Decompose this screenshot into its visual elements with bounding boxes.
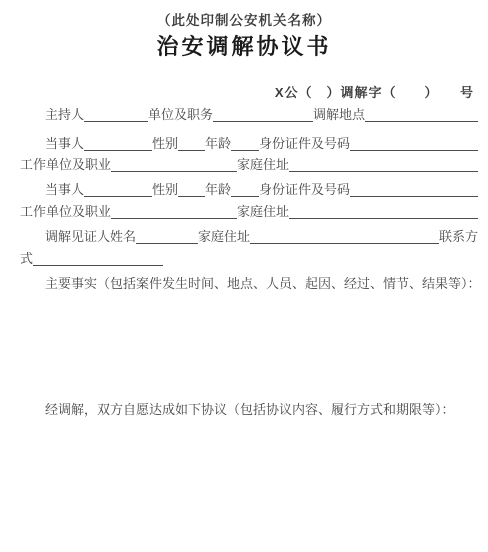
party1-work-field[interactable] <box>111 158 237 172</box>
party2-home-label: 家庭住址 <box>237 204 289 219</box>
document-title: 治安调解协议书 <box>0 30 488 61</box>
facts-section-row: 主要事实（包括案件发生时间、地点、人员、起因、经过、情节、结果等）： <box>20 276 478 291</box>
party2-label: 当事人 <box>45 182 84 197</box>
party1-id-field[interactable] <box>350 137 478 151</box>
mediation-location-label: 调解地点 <box>313 107 365 122</box>
mediation-agreement-document: （此处印制公安机关名称） 治安调解协议书 X公（ ）调解字（ ） 号 主持人 单… <box>0 0 488 552</box>
party1-home-label: 家庭住址 <box>237 157 289 172</box>
party1-work-row: 工作单位及职业 家庭住址 <box>20 157 478 172</box>
party2-name-field[interactable] <box>84 183 152 197</box>
contact-continuation-label: 式 <box>20 251 33 266</box>
party2-work-label: 工作单位及职业 <box>20 204 111 219</box>
party1-info-row: 当事人 性别 年龄 身份证件及号码 <box>20 136 478 151</box>
party1-id-label: 身份证件及号码 <box>259 136 350 151</box>
host-unit-title-field[interactable] <box>213 108 313 122</box>
facts-label: 主要事实（包括案件发生时间、地点、人员、起因、经过、情节、结果等）： <box>45 276 481 291</box>
party2-work-row: 工作单位及职业 家庭住址 <box>20 204 478 219</box>
party1-gender-label: 性别 <box>152 136 178 151</box>
host-label: 主持人 <box>45 107 84 122</box>
party2-gender-label: 性别 <box>152 182 178 197</box>
host-name-field[interactable] <box>84 108 148 122</box>
party2-age-label: 年龄 <box>205 182 231 197</box>
party2-id-field[interactable] <box>350 183 478 197</box>
witness-row: 调解见证人姓名 家庭住址 联系方 <box>20 229 478 244</box>
witness-home-field[interactable] <box>250 230 439 244</box>
contact-continuation-row: 式 <box>20 251 478 266</box>
party2-age-field[interactable] <box>231 183 259 197</box>
party1-age-field[interactable] <box>231 137 259 151</box>
host-row: 主持人 单位及职务 调解地点 <box>20 107 478 122</box>
party1-label: 当事人 <box>45 136 84 151</box>
witness-contact-field[interactable] <box>33 252 163 266</box>
agreement-section-row: 经调解，双方自愿达成如下协议（包括协议内容、履行方式和期限等）： <box>20 402 478 417</box>
party1-age-label: 年龄 <box>205 136 231 151</box>
party1-name-field[interactable] <box>84 137 152 151</box>
witness-name-label: 调解见证人姓名 <box>45 229 136 244</box>
witness-home-label: 家庭住址 <box>198 229 250 244</box>
mediation-location-field[interactable] <box>365 108 478 122</box>
host-unit-title-label: 单位及职务 <box>148 107 213 122</box>
agreement-writing-area[interactable] <box>20 420 478 545</box>
witness-name-field[interactable] <box>136 230 198 244</box>
party2-work-field[interactable] <box>111 205 237 219</box>
agreement-label: 经调解，双方自愿达成如下协议（包括协议内容、履行方式和期限等）： <box>45 402 455 417</box>
party1-work-label: 工作单位及职业 <box>20 157 111 172</box>
party2-id-label: 身份证件及号码 <box>259 182 350 197</box>
document-number-line: X公（ ）调解字（ ） 号 <box>275 82 474 101</box>
party2-info-row: 当事人 性别 年龄 身份证件及号码 <box>20 182 478 197</box>
party1-home-field[interactable] <box>289 158 478 172</box>
party2-gender-field[interactable] <box>178 183 205 197</box>
party2-home-field[interactable] <box>289 205 478 219</box>
party1-gender-field[interactable] <box>178 137 205 151</box>
facts-writing-area[interactable] <box>20 292 478 397</box>
agency-name-note: （此处印制公安机关名称） <box>0 9 488 29</box>
witness-contact-label: 联系方 <box>439 229 478 244</box>
